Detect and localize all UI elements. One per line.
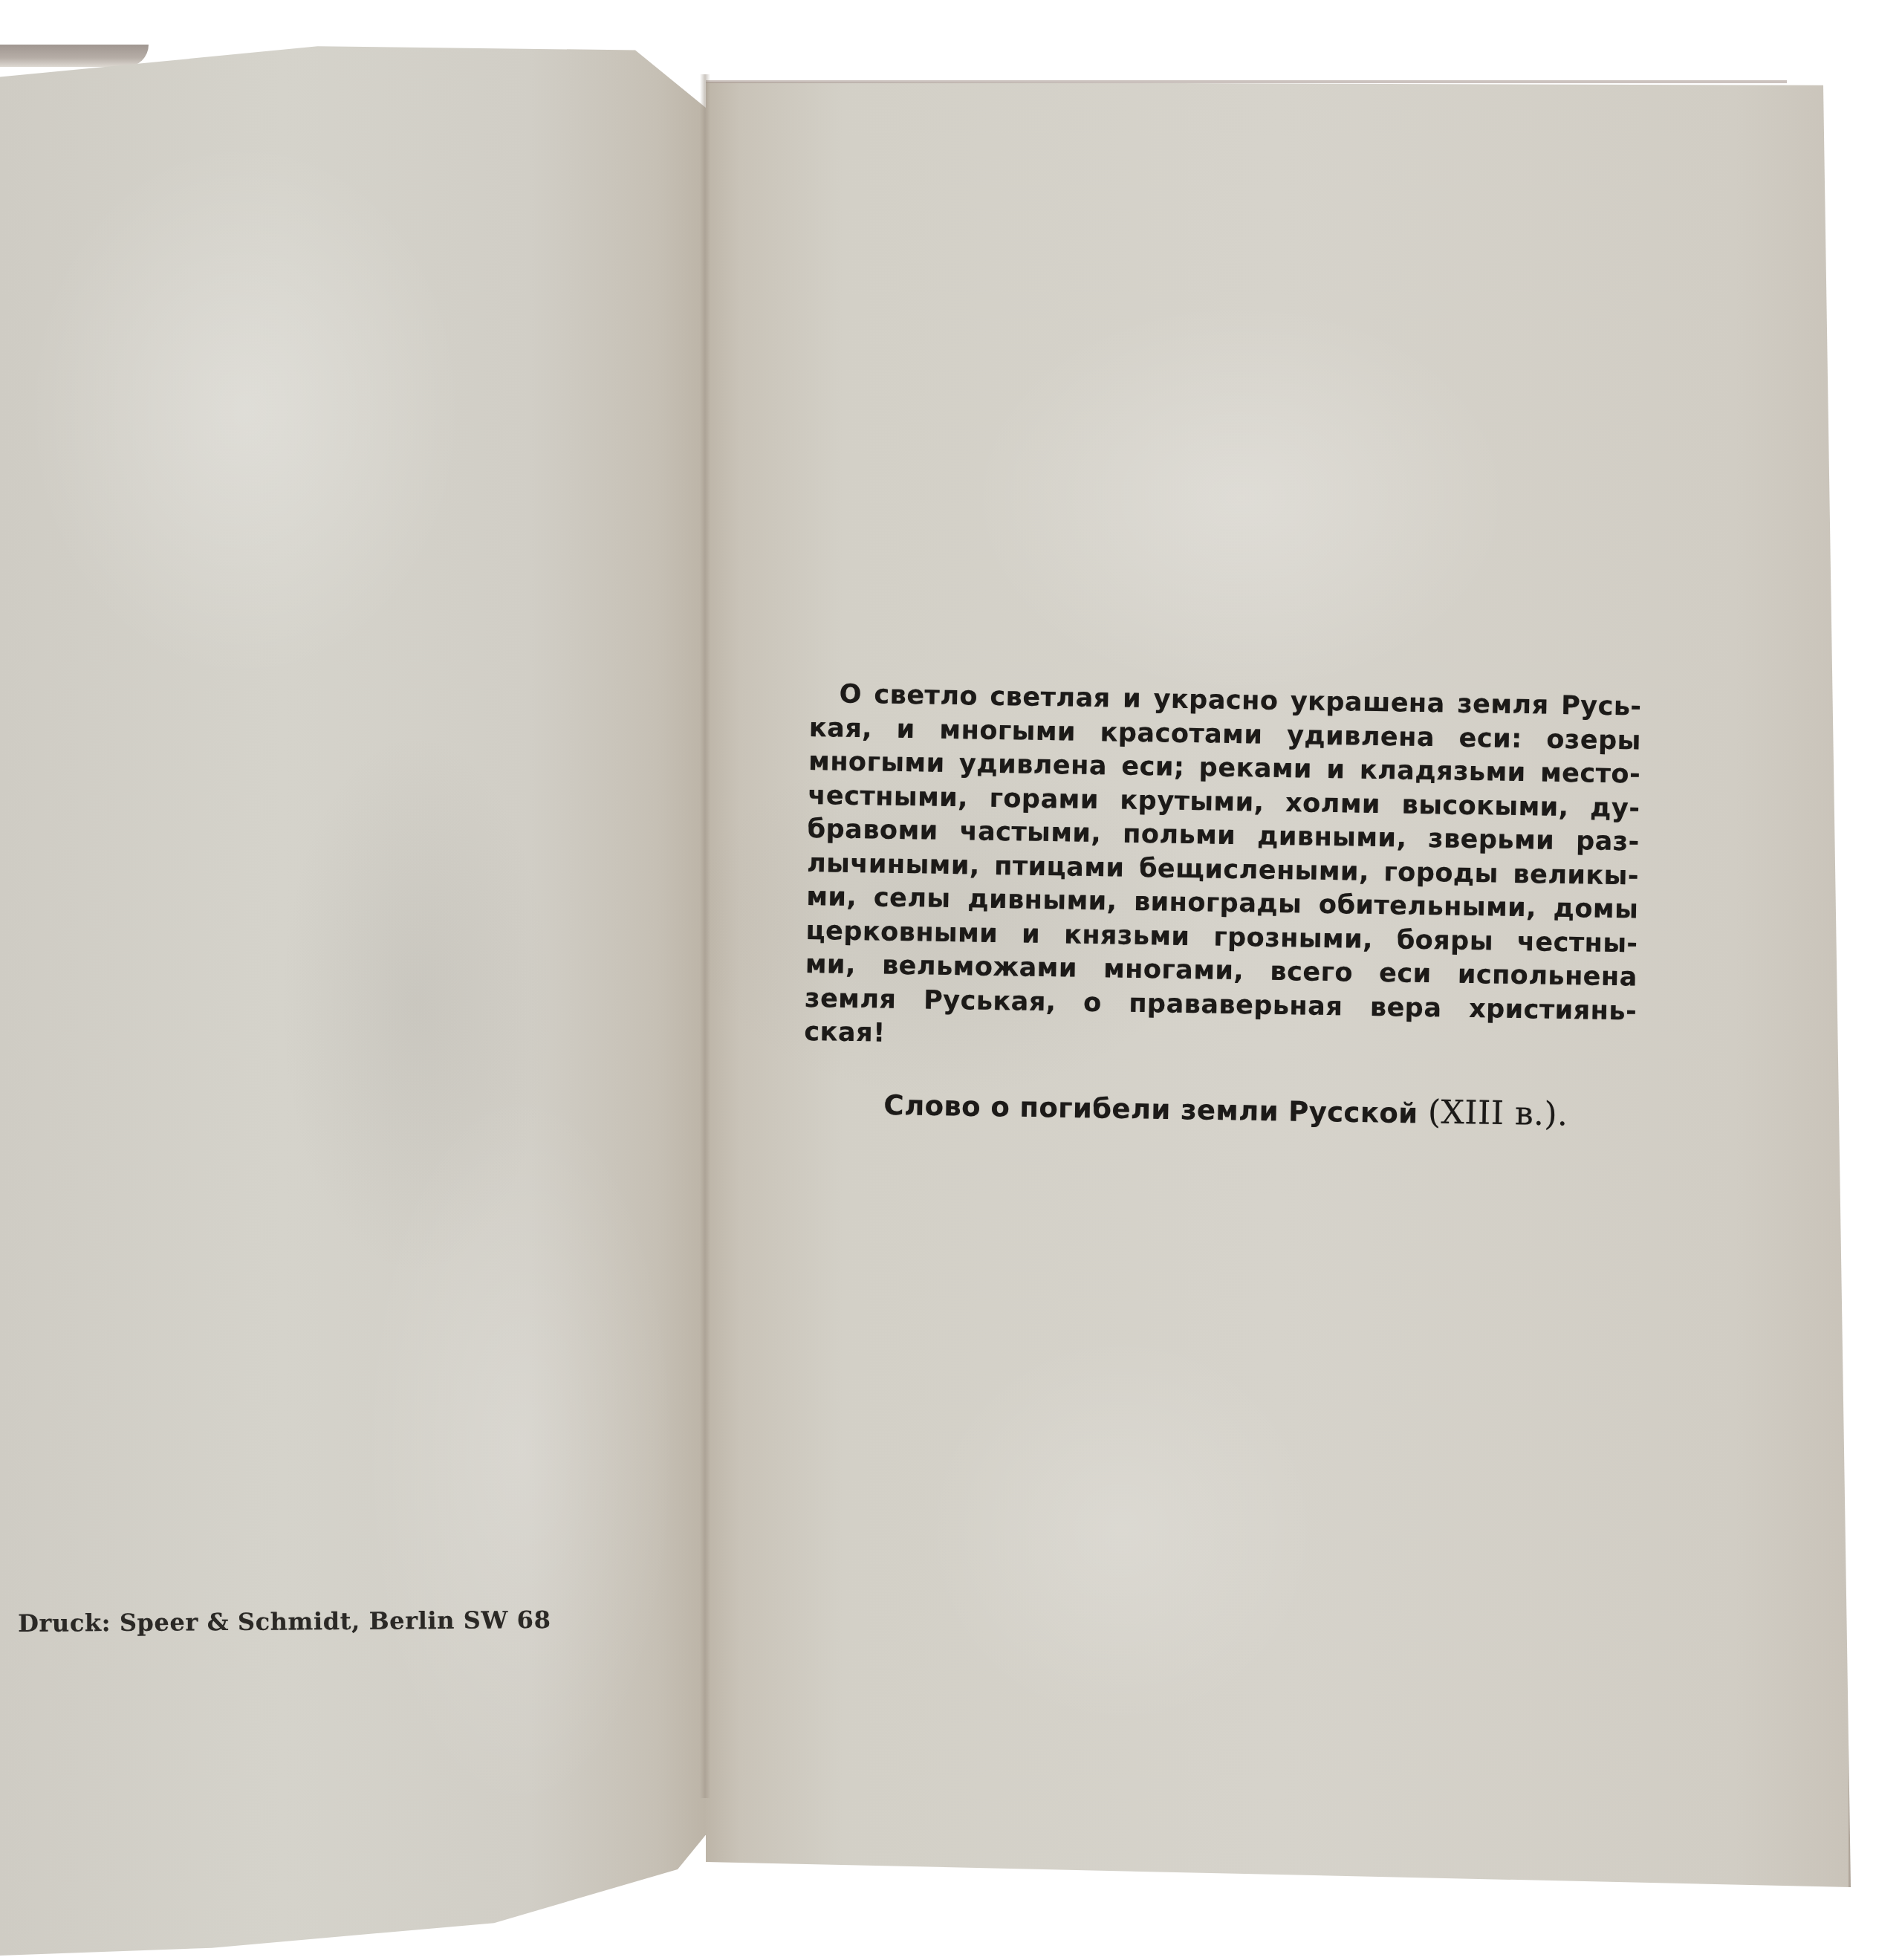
open-book-photo: Druck: Speer & Schmidt, Berlin SW 68 О с… [0, 0, 1902, 1960]
left-page [0, 39, 706, 1956]
book-gutter [700, 74, 710, 1798]
attribution-century: (XIII в.). [1427, 1094, 1568, 1134]
book-cover-edge [0, 45, 149, 67]
epigraph-quote: О светло светлая и украсно украшена земл… [804, 678, 1642, 1062]
attribution-title: Слово о погибели земли Ρусской [883, 1089, 1418, 1129]
right-page-top-edge [706, 80, 1787, 83]
printer-imprint: Druck: Speer & Schmidt, Berlin SW 68 [18, 1606, 551, 1638]
